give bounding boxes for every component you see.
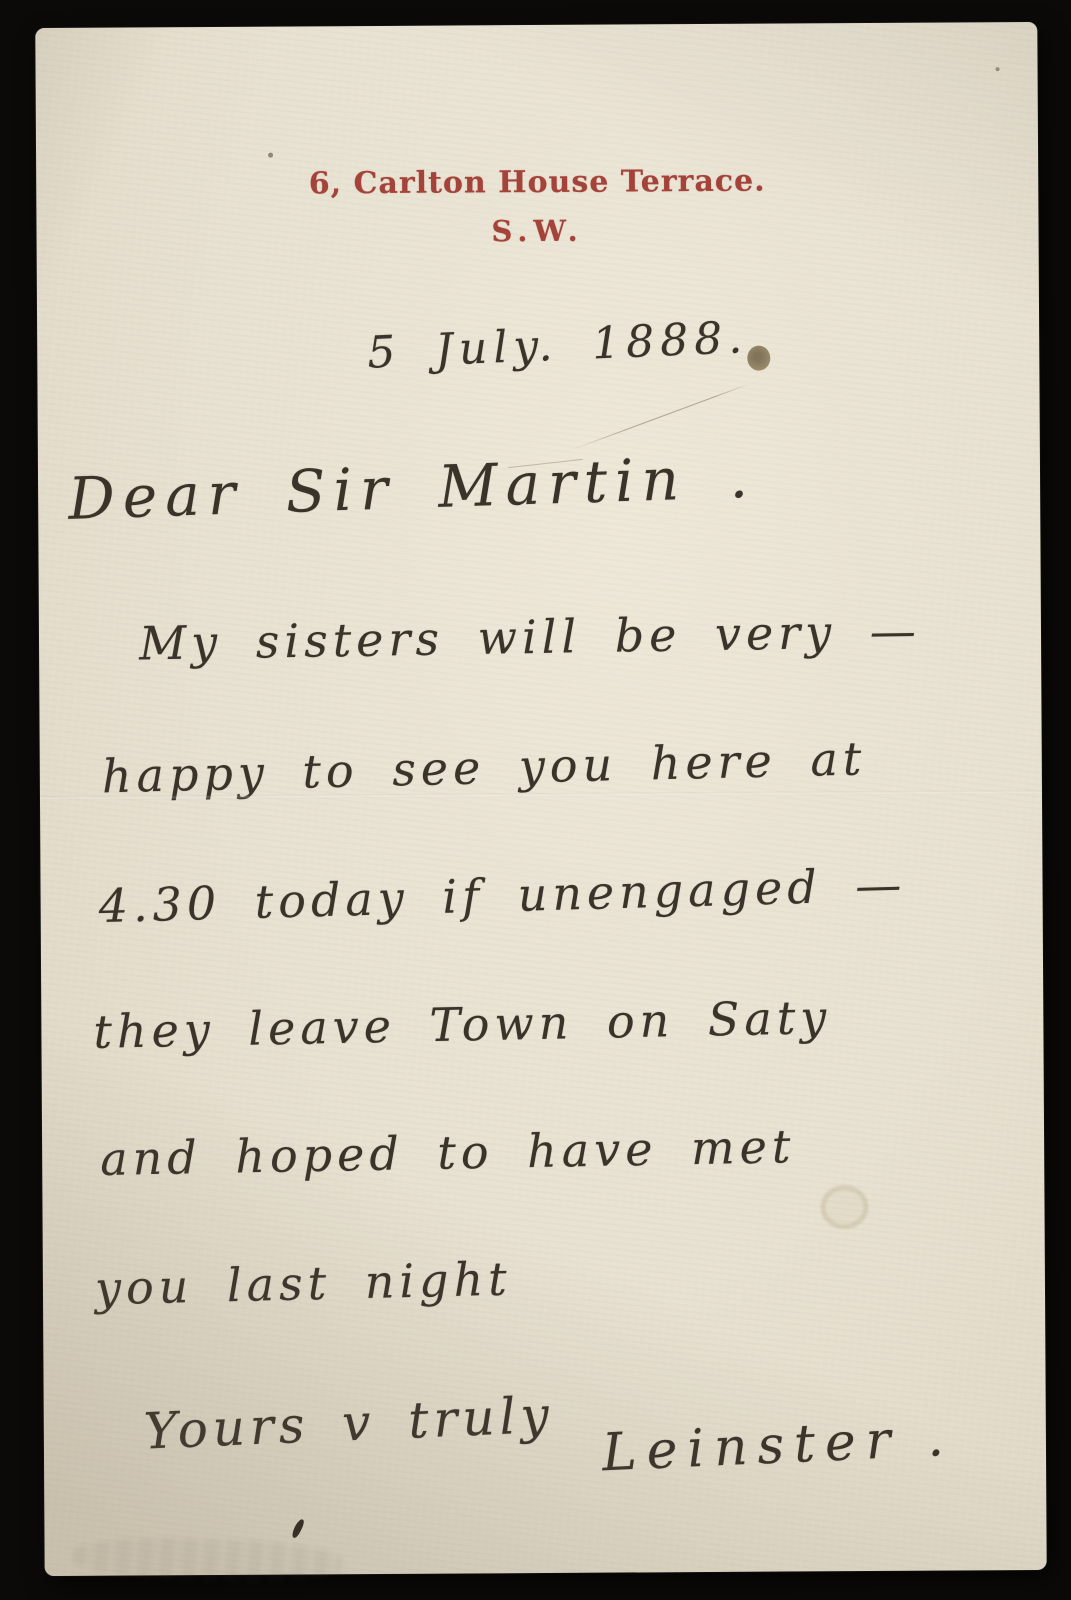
salutation: Dear Sir Martin .: [67, 443, 757, 533]
letterhead-address: 6, Carlton House Terrace.: [36, 162, 1038, 203]
body-line-3: 4.30 today if unengaged —: [98, 857, 907, 933]
date-line: 5 July. 1888.: [366, 312, 749, 379]
ink-stain-spot: [747, 346, 770, 371]
letterhead: 6, Carlton House Terrace. S.W.: [36, 162, 1038, 251]
faint-ring-stain: [820, 1185, 868, 1229]
photo-background: 6, Carlton House Terrace. S.W. 5 July. 1…: [0, 0, 1071, 1600]
ink-fleck: [291, 1518, 306, 1539]
body-line-4: they leave Town on Saty: [93, 990, 832, 1059]
paper-speck-top-left: [268, 153, 273, 158]
body-line-5: and hoped to have met: [100, 1119, 796, 1186]
pencil-smudge: [72, 1535, 343, 1585]
signature: Leinster .: [601, 1408, 955, 1484]
letterhead-district: S.W.: [36, 211, 1038, 251]
body-line-1: My sisters will be very —: [139, 604, 922, 671]
letter-paper: 6, Carlton House Terrace. S.W. 5 July. 1…: [35, 22, 1046, 1576]
closing-valediction: Yours v truly: [143, 1386, 555, 1461]
paper-speck-top-right: [996, 67, 1000, 71]
body-line-6: you last night: [94, 1252, 512, 1316]
paper-scratch: [571, 383, 749, 450]
